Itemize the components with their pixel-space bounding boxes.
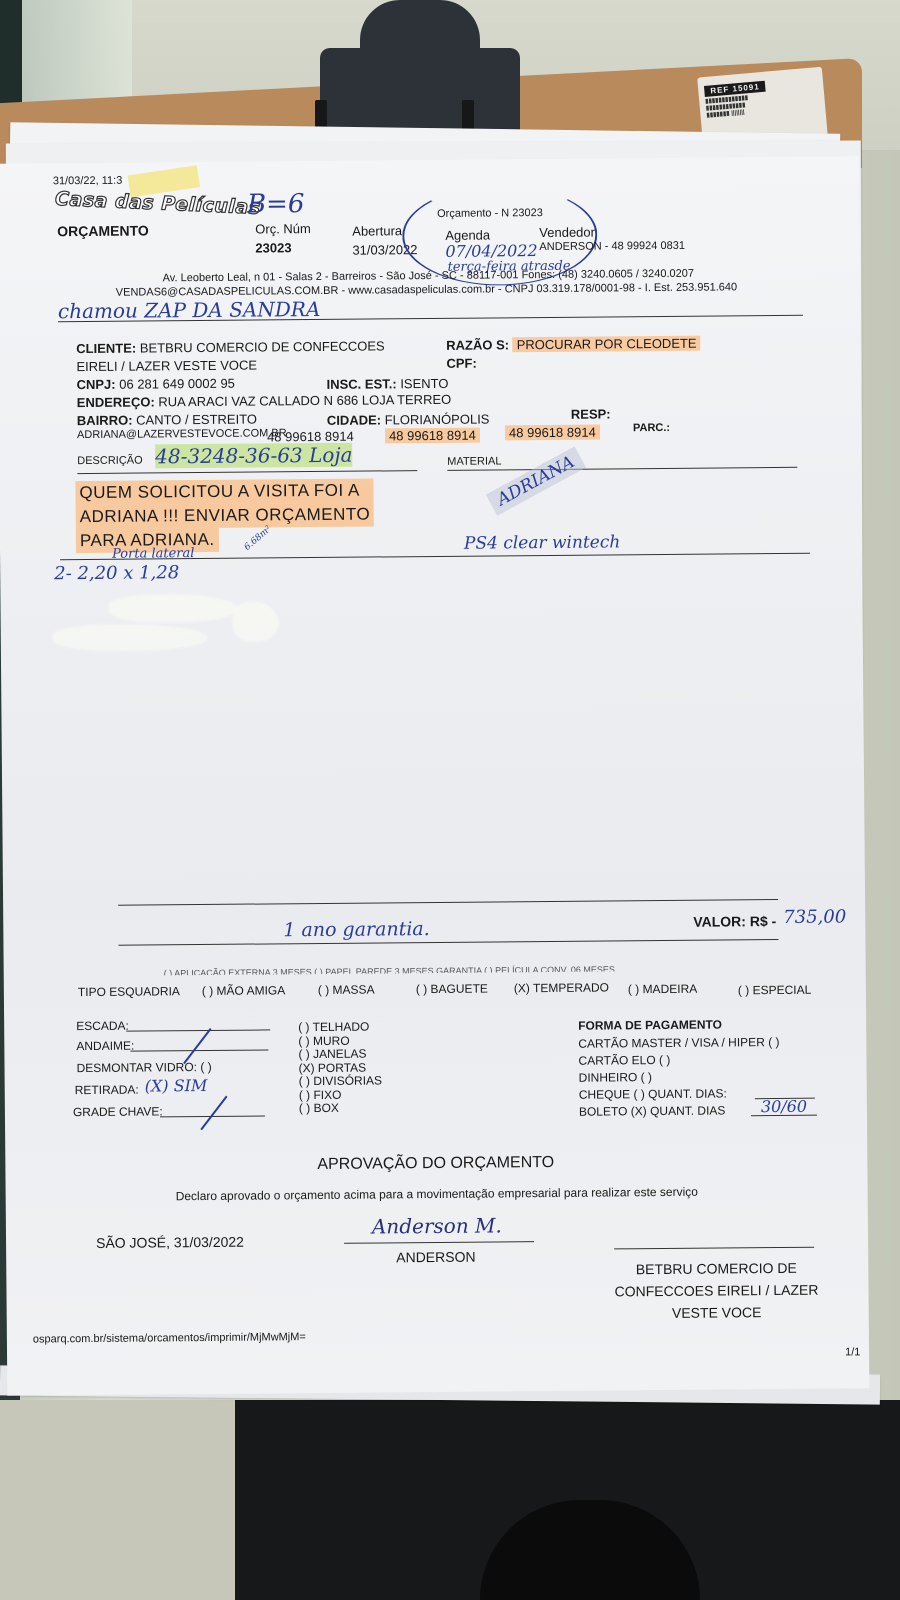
cnpj-value: 06 281 649 0002 95 (119, 376, 235, 392)
client-email: ADRIANA@LAZERVESTEVOCE.COM.BR (77, 427, 287, 441)
footer-url: osparq.com.br/sistema/orcamentos/imprimi… (33, 1331, 306, 1345)
remark-line: ADRIANA !!! ENVIAR ORÇAMENTO (76, 503, 375, 530)
local-option-box[interactable]: ( ) BOX (299, 1101, 382, 1115)
cidade-value: FLORIANÓPOLIS (385, 411, 490, 427)
doc-type-title: ORÇAMENTO (57, 222, 149, 239)
pagamento-option-boleto[interactable]: BOLETO (X) QUANT. DIAS (579, 1103, 726, 1118)
endereco-value: RUA ARACI VAZ CALLADO N 686 LOJA TERREO (158, 392, 451, 410)
razao-label: RAZÃO S: (446, 337, 509, 353)
client-phone-2: 48 99618 8914 (385, 428, 480, 444)
orc-num-label: Orç. Núm (255, 221, 311, 236)
pagamento-option-cartao-elo[interactable]: CARTÃO ELO ( ) (578, 1053, 670, 1068)
razao-field: RAZÃO S: PROCURAR POR CLEODETE (446, 336, 700, 353)
descricao-handwritten-phone: 48-3248-36-63 Loja (155, 443, 353, 469)
client-signature-name: BETBRU COMERCIO DE CONFECCOES EIRELI / L… (606, 1257, 827, 1325)
local-option-fixo[interactable]: ( ) FIXO (299, 1088, 382, 1102)
pagamento-option-dinheiro[interactable]: DINHEIRO ( ) (579, 1070, 652, 1085)
cliente-field: CLIENTE: BETBRU COMERCIO DE CONFECCOES (76, 338, 385, 356)
local-option-telhado[interactable]: ( ) TELHADO (298, 1020, 381, 1034)
abertura-label: Abertura (352, 223, 402, 238)
cnpj-label: CNPJ: (77, 377, 116, 392)
cut-off-options-row: ( ) APLICAÇÃO EXTERNA 3 MESES ( ) PAPEL … (164, 964, 615, 975)
andaime-line (130, 1049, 268, 1051)
descricao-underline (77, 470, 417, 474)
insc-field: INSC. EST.: ISENTO (327, 376, 449, 392)
remark-block: QUEM SOLICITOU A VISITA FOI A ADRIANA !!… (75, 479, 374, 554)
retirada-value-handwritten: (X) SIM (145, 1076, 208, 1096)
esquadria-option-baguete[interactable]: ( ) BAGUETE (416, 982, 488, 997)
vendedor-value: ANDERSON - 48 99924 0831 (539, 240, 685, 253)
insc-label: INSC. EST.: (327, 376, 397, 392)
parc-label: PARC.: (633, 422, 670, 434)
cliente-label: CLIENTE: (76, 341, 136, 357)
approval-title: APROVAÇÃO DO ORÇAMENTO (317, 1154, 554, 1174)
escada-line (126, 1029, 270, 1031)
handwritten-strike (183, 1028, 211, 1064)
handwritten-material: PS4 clear wintech (464, 532, 620, 553)
agenda-date-handwritten: 07/04/2022 (445, 241, 537, 261)
handwritten-dimensions: 2- 2,20 x 1,28 (54, 562, 179, 584)
grade-chave-label: GRADE CHAVE: (73, 1104, 163, 1119)
correction-fluid-smudge (53, 624, 208, 651)
correction-fluid-smudge (108, 594, 238, 623)
seller-signature: Anderson M. (372, 1213, 502, 1238)
pagamento-option-cheque[interactable]: CHEQUE ( ) QUANT. DIAS: (579, 1086, 727, 1101)
cpf-label: CPF: (446, 356, 476, 371)
company-logo: Casa das Películas (55, 188, 261, 219)
cidade-field: CIDADE: FLORIANÓPOLIS (327, 411, 490, 427)
cidade-label: CIDADE: (327, 412, 381, 427)
valor-line-bottom (118, 939, 778, 946)
tipo-esquadria-label: TIPO ESQUADRIA (78, 984, 180, 999)
company-contact: VENDAS6@CASADASPELICULAS.COM.BR - www.ca… (116, 281, 737, 298)
valor-line-top (118, 899, 778, 906)
seller-name: ANDERSON (396, 1249, 475, 1266)
boleto-dias-line (751, 1115, 817, 1117)
client-sign-line: BETBRU COMERCIO DE (606, 1257, 826, 1281)
correction-fluid-smudge (232, 601, 278, 641)
material-label: MATERIAL (447, 455, 501, 467)
esquadria-option-madeira[interactable]: ( ) MADEIRA (628, 982, 697, 997)
approval-place-date: SÃO JOSÉ, 31/03/2022 (96, 1234, 244, 1251)
desmontar-vidro-label: DESMONTAR VIDRO: (76, 1060, 197, 1075)
endereco-field: ENDEREÇO: RUA ARACI VAZ CALLADO N 686 LO… (77, 392, 452, 410)
andaime-label: ANDAIME: (76, 1039, 134, 1054)
esquadria-option-mao-amiga[interactable]: ( ) MÃO AMIGA (202, 983, 285, 998)
orc-num-value: 23023 (255, 240, 291, 255)
esquadria-option-temperado[interactable]: (X) TEMPERADO (514, 980, 609, 995)
locais-list: ( ) TELHADO ( ) MURO ( ) JANELAS (X) POR… (298, 1020, 382, 1115)
cnpj-field: CNPJ: 06 281 649 0002 95 (77, 376, 235, 392)
pagamento-option-cartao-master[interactable]: CARTÃO MASTER / VISA / HIPER ( ) (578, 1035, 779, 1051)
descricao-label: DESCRIÇÃO (77, 455, 143, 468)
desmontar-vidro-field: DESMONTAR VIDRO: ( ) (76, 1060, 211, 1075)
seller-signature-line (344, 1241, 534, 1244)
esquadria-option-especial[interactable]: ( ) ESPECIAL (738, 983, 811, 998)
client-sign-line: VESTE VOCE (607, 1301, 827, 1325)
vendedor-label: Vendedor (539, 225, 595, 240)
local-option-divisorias[interactable]: ( ) DIVISÓRIAS (299, 1074, 382, 1088)
material-underline (447, 467, 797, 471)
retirada-label: RETIRADA: (75, 1083, 139, 1098)
handwritten-warranty: 1 ano garantia. (283, 918, 430, 941)
bairro-label: BAIRRO: (77, 413, 133, 428)
quote-document: 31/03/22, 11:3 Casa das Películas ORÇAME… (0, 156, 869, 1395)
desmontar-vidro-value[interactable]: ( ) (200, 1060, 211, 1074)
client-phone-3: 48 99618 8914 (505, 425, 600, 441)
razao-value: PROCURAR POR CLEODETE (513, 336, 701, 353)
resp-label: RESP: (571, 406, 611, 421)
orcamento-number-title: Orçamento - N 23023 (437, 207, 543, 220)
bairro-field: BAIRRO: CANTO / ESTREITO (77, 412, 257, 429)
boleto-dias-handwritten: 30/60 (761, 1097, 807, 1116)
endereco-label: ENDEREÇO: (77, 394, 155, 410)
handwritten-strike (200, 1096, 227, 1131)
print-timestamp: 31/03/22, 11:3 (53, 175, 123, 188)
remark-line: QUEM SOLICITOU A VISITA FOI A (75, 479, 374, 506)
client-signature-line (614, 1247, 814, 1250)
valor-handwritten: 735,00 (783, 906, 846, 928)
insc-value: ISENTO (400, 376, 448, 391)
cliente-value-line2: EIRELI / LAZER VESTE VOCE (76, 358, 257, 375)
client-sign-line: CONFECCOES EIRELI / LAZER (606, 1279, 826, 1303)
local-option-janelas[interactable]: ( ) JANELAS (298, 1047, 381, 1061)
valor-label: VALOR: R$ - (693, 913, 776, 930)
bairro-value: CANTO / ESTREITO (136, 412, 257, 428)
pagamento-title: FORMA DE PAGAMENTO (578, 1017, 722, 1032)
esquadria-option-massa[interactable]: ( ) MASSA (318, 983, 375, 997)
cliente-value: BETBRU COMERCIO DE CONFECCOES (140, 338, 385, 355)
page-number: 1/1 (845, 1346, 860, 1358)
escada-label: ESCADA: (76, 1019, 129, 1033)
approval-declaration: Declaro aprovado o orçamento acima para … (176, 1185, 698, 1204)
handwritten-header-note: B=6 (247, 189, 305, 220)
